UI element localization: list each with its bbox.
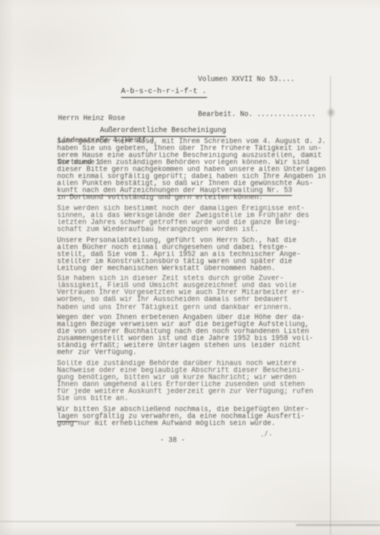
paragraph: Wegen der von Ihnen erbetenen Angaben üb…: [57, 315, 331, 357]
file-number-line: Bearbeit. No. ..............: [198, 110, 316, 122]
letter-body: Sehr geehrter Herr Rose, mit Ihrem Schre…: [57, 139, 331, 431]
line-text: schaft zum Wiederaufbau herangezogen wor…: [57, 226, 259, 234]
paragraph-line: mehr zur Verfügung.: [57, 350, 331, 357]
line-text: in Dortmund vollständig und gern erteile…: [57, 194, 263, 202]
line-text: Sie uns bitte an.: [57, 395, 128, 403]
line-text: Leitung der mechanischen Werkstatt übern…: [57, 265, 275, 273]
line-text: gung nur mit erheblichem Aufwand möglich…: [57, 420, 275, 428]
paragraph-line: gung nur mit erheblichem Aufwand möglich…: [57, 421, 331, 428]
paragraph-line: haben und uns Ihrer Tätigkeit gern und d…: [57, 305, 331, 312]
recipient-name: Herrn Heinz Rose: [58, 116, 155, 123]
copy-heading: A-b-s-c-h-r-i-f-t .: [121, 88, 207, 98]
scanned-letter-page: { "page": { "kind": "scanned typewritten…: [0, 0, 380, 535]
page-number: - 38 -: [160, 437, 185, 445]
volume-number-line: Volumen XXVII No 53....: [198, 75, 316, 87]
paragraph: Sie haben sich in dieser Zeit stets durc…: [57, 276, 331, 311]
paragraph-line: Leitung der mechanischen Werkstatt übern…: [57, 266, 331, 273]
paragraph: Unsere Personalabteilung, geführt von He…: [57, 238, 331, 273]
line-text: haben und uns Ihrer Tätigkeit gern und d…: [57, 304, 292, 312]
paragraph: Wir bitten Sie abschließend nochmals, di…: [57, 407, 331, 428]
paragraph-line: in Dortmund vollständig und gern erteile…: [57, 195, 331, 202]
paragraph: Sie werden sich bestimmt noch der damali…: [57, 206, 331, 234]
paragraph-line: schaft zum Wiederaufbau herangezogen wor…: [57, 227, 331, 234]
subject-line: Außerordentliche Bescheinigung: [100, 127, 226, 137]
letter-content: Volumen XXVII No 53.... Bearbeit. No. ..…: [0, 0, 380, 535]
paragraph: Sehr geehrter Herr Rose, mit Ihrem Schre…: [57, 139, 331, 202]
continuation-mark: ./.: [260, 430, 274, 440]
paragraph: Sollte die zuständige Behörde darüber hi…: [57, 361, 331, 403]
line-text: mehr zur Verfügung.: [57, 349, 137, 357]
paragraph-line: Sie uns bitte an.: [57, 396, 331, 403]
